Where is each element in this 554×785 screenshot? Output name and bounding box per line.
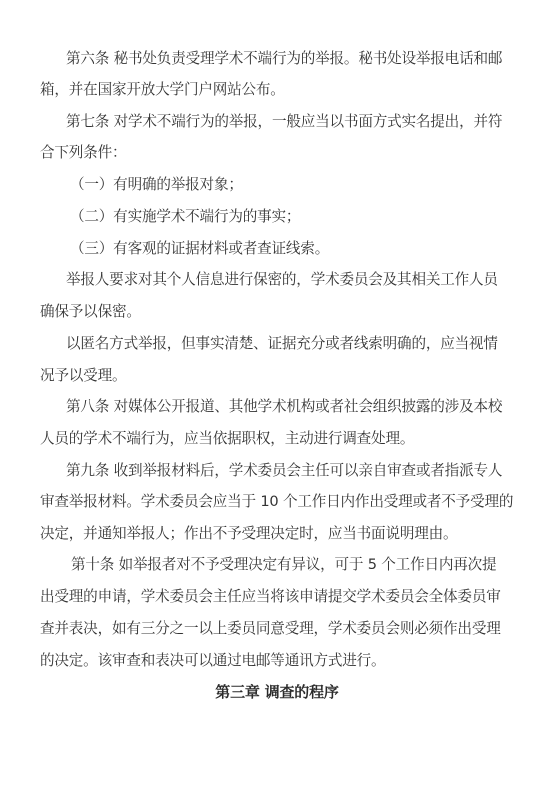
- article-6-line-1: 第六条 秘书处负责受理学术不端行为的举报。秘书处设举报电话和邮: [66, 49, 502, 69]
- anonymous-line-2: 况予以受理。: [40, 366, 126, 386]
- article-9-line-2: 审查举报材料。学术委员会应当于 10 个工作日内作出受理或者不予受理的: [40, 492, 513, 512]
- article-7-line-2: 合下列条件：: [40, 143, 126, 163]
- article-10-line-4: 的决定。该审查和表决可以通过电邮等通讯方式进行。: [40, 651, 385, 671]
- article-10-line-2: 出受理的申请，学术委员会主任应当将该申请提交学术委员会全体委员审: [40, 587, 501, 607]
- anonymous-line-1: 以匿名方式举报，但事实清楚、证据充分或者线索明确的，应当视情: [66, 334, 498, 354]
- confidentiality-line-2: 确保予以保密。: [40, 302, 141, 322]
- article-9-line-1: 第九条 收到举报材料后，学术委员会主任可以亲自审查或者指派专人: [66, 461, 502, 481]
- confidentiality-line-1: 举报人要求对其个人信息进行保密的，学术委员会及其相关工作人员: [66, 270, 498, 290]
- chapter-heading: 第三章 调查的程序: [0, 682, 554, 702]
- article-8-line-1: 第八条 对媒体公开报道、其他学术机构或者社会组织披露的涉及本校: [66, 397, 502, 417]
- article-6-line-2: 箱，并在国家开放大学门户网站公布。: [40, 80, 285, 100]
- article-9-line-3: 决定，并通知举报人；作出不予受理决定时，应当书面说明理由。: [40, 524, 457, 544]
- condition-item-3: （三）有客观的证据材料或者查证线索。: [70, 239, 329, 259]
- article-8-line-2: 人员的学术不端行为，应当依据职权，主动进行调查处理。: [40, 429, 414, 449]
- article-7-line-1: 第七条 对学术不端行为的举报，一般应当以书面方式实名提出，并符: [66, 112, 502, 132]
- article-10-line-3: 查并表决，如有三分之一以上委员同意受理，学术委员会则必须作出受理: [40, 619, 501, 639]
- article-10-line-1: 第十条 如举报者对不予受理决定有异议，可于 5 个工作日内再次提: [71, 555, 496, 575]
- condition-item-2: （二）有实施学术不端行为的事实；: [70, 207, 300, 227]
- condition-item-1: （一）有明确的举报对象；: [70, 175, 243, 195]
